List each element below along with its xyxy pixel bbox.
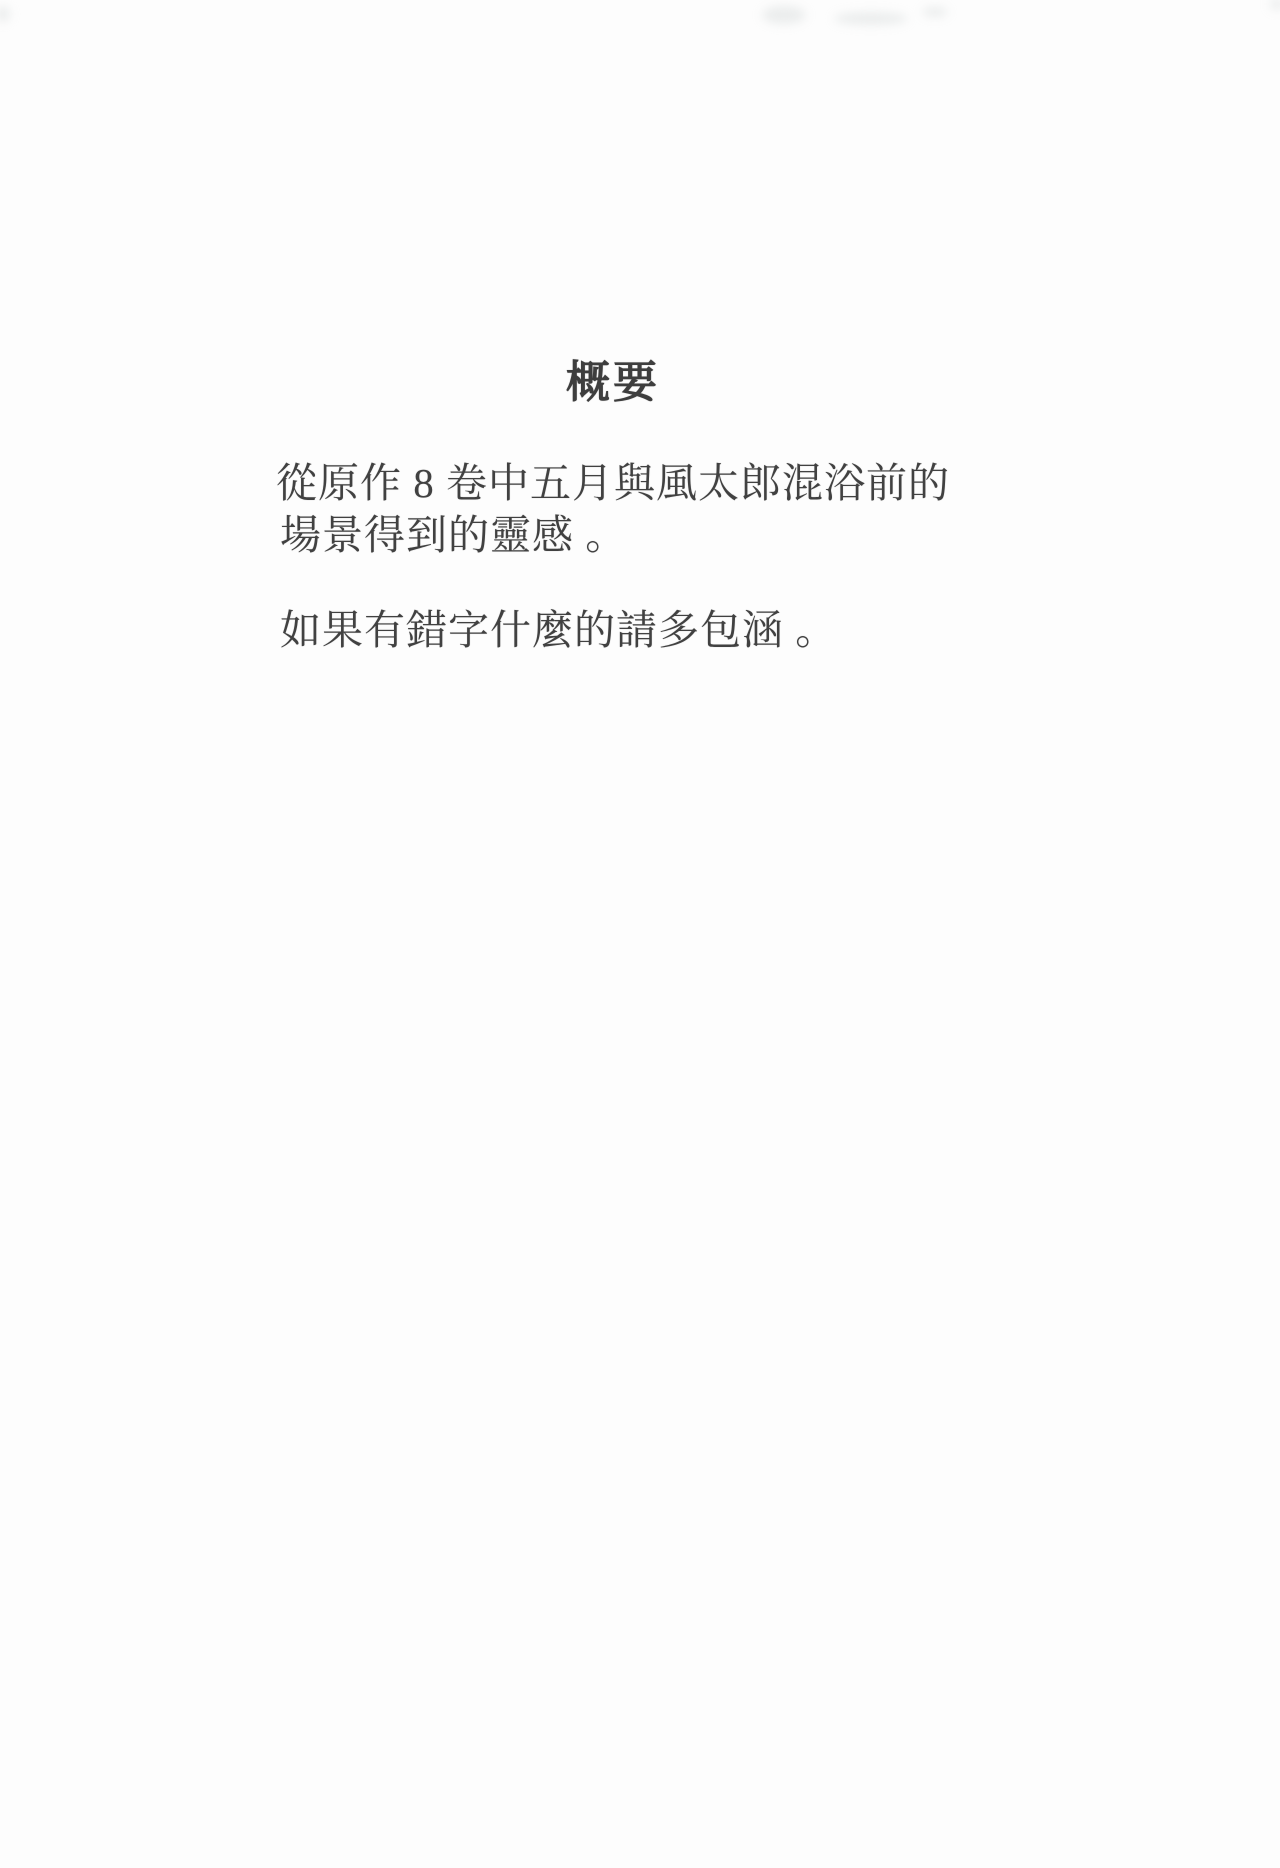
- summary-paragraph-line: 場景得到的靈感 。: [280, 502, 627, 561]
- scan-smudge: [922, 7, 948, 17]
- apology-paragraph-line: 如果有錯字什麼的請多包涵 。: [280, 597, 837, 656]
- scan-smudge: [834, 12, 908, 25]
- scan-smudge: [1270, 0, 1280, 10]
- scan-smudge: [0, 6, 10, 22]
- summary-paragraph-line: 從原作 8 卷中五月與風太郎混浴前的: [276, 450, 950, 509]
- scan-smudge: [762, 6, 806, 24]
- scanned-page: 概要 從原作 8 卷中五月與風太郎混浴前的 場景得到的靈感 。 如果有錯字什麼的…: [0, 0, 1280, 1868]
- page-title: 概要: [566, 346, 660, 410]
